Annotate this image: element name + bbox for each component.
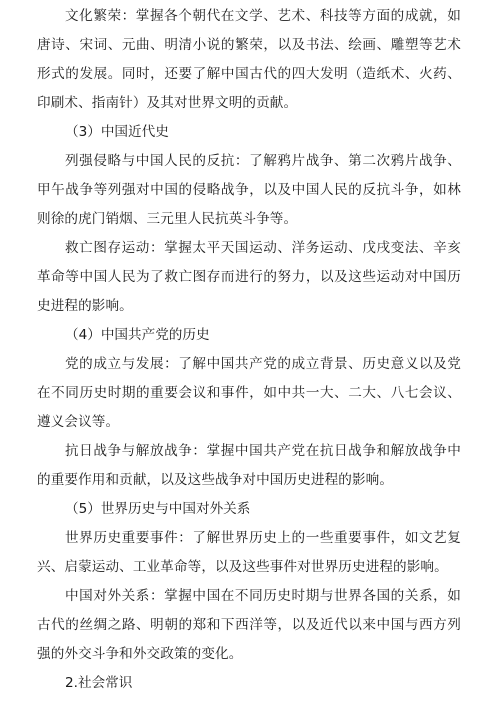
document-page: 文化繁荣：掌握各个朝代在文学、艺术、科技等方面的成就，如唐诗、宋词、元曲、明清小…: [37, 2, 461, 698]
paragraph-national-salvation: 救亡图存运动：掌握太平天国运动、洋务运动、戊戌变法、辛亥革命等中国人民为了救亡图…: [37, 234, 461, 321]
paragraph-world-events: 世界历史重要事件：了解世界历史上的一些重要事件，如文艺复兴、启蒙运动、工业革命等…: [37, 524, 461, 582]
paragraph-foreign-aggression: 列强侵略与中国人民的反抗：了解鸦片战争、第二次鸦片战争、甲午战争等列强对中国的侵…: [37, 147, 461, 234]
paragraph-cultural-prosperity: 文化繁荣：掌握各个朝代在文学、艺术、科技等方面的成就，如唐诗、宋词、元曲、明清小…: [37, 2, 461, 118]
paragraph-foreign-relations: 中国对外关系：掌握中国在不同历史时期与世界各国的关系，如古代的丝绸之路、明朝的郑…: [37, 582, 461, 669]
heading-social-knowledge: 2.社会常识: [37, 669, 461, 698]
heading-party-history: （4）中国共产党的历史: [37, 321, 461, 350]
paragraph-party-founding: 党的成立与发展：了解中国共产党的成立背景、历史意义以及党在不同历史时期的重要会议…: [37, 350, 461, 437]
paragraph-wars: 抗日战争与解放战争：掌握中国共产党在抗日战争和解放战争中的重要作用和贡献，以及这…: [37, 437, 461, 495]
heading-world-history: （5）世界历史与中国对外关系: [37, 495, 461, 524]
heading-modern-history: （3）中国近代史: [37, 118, 461, 147]
